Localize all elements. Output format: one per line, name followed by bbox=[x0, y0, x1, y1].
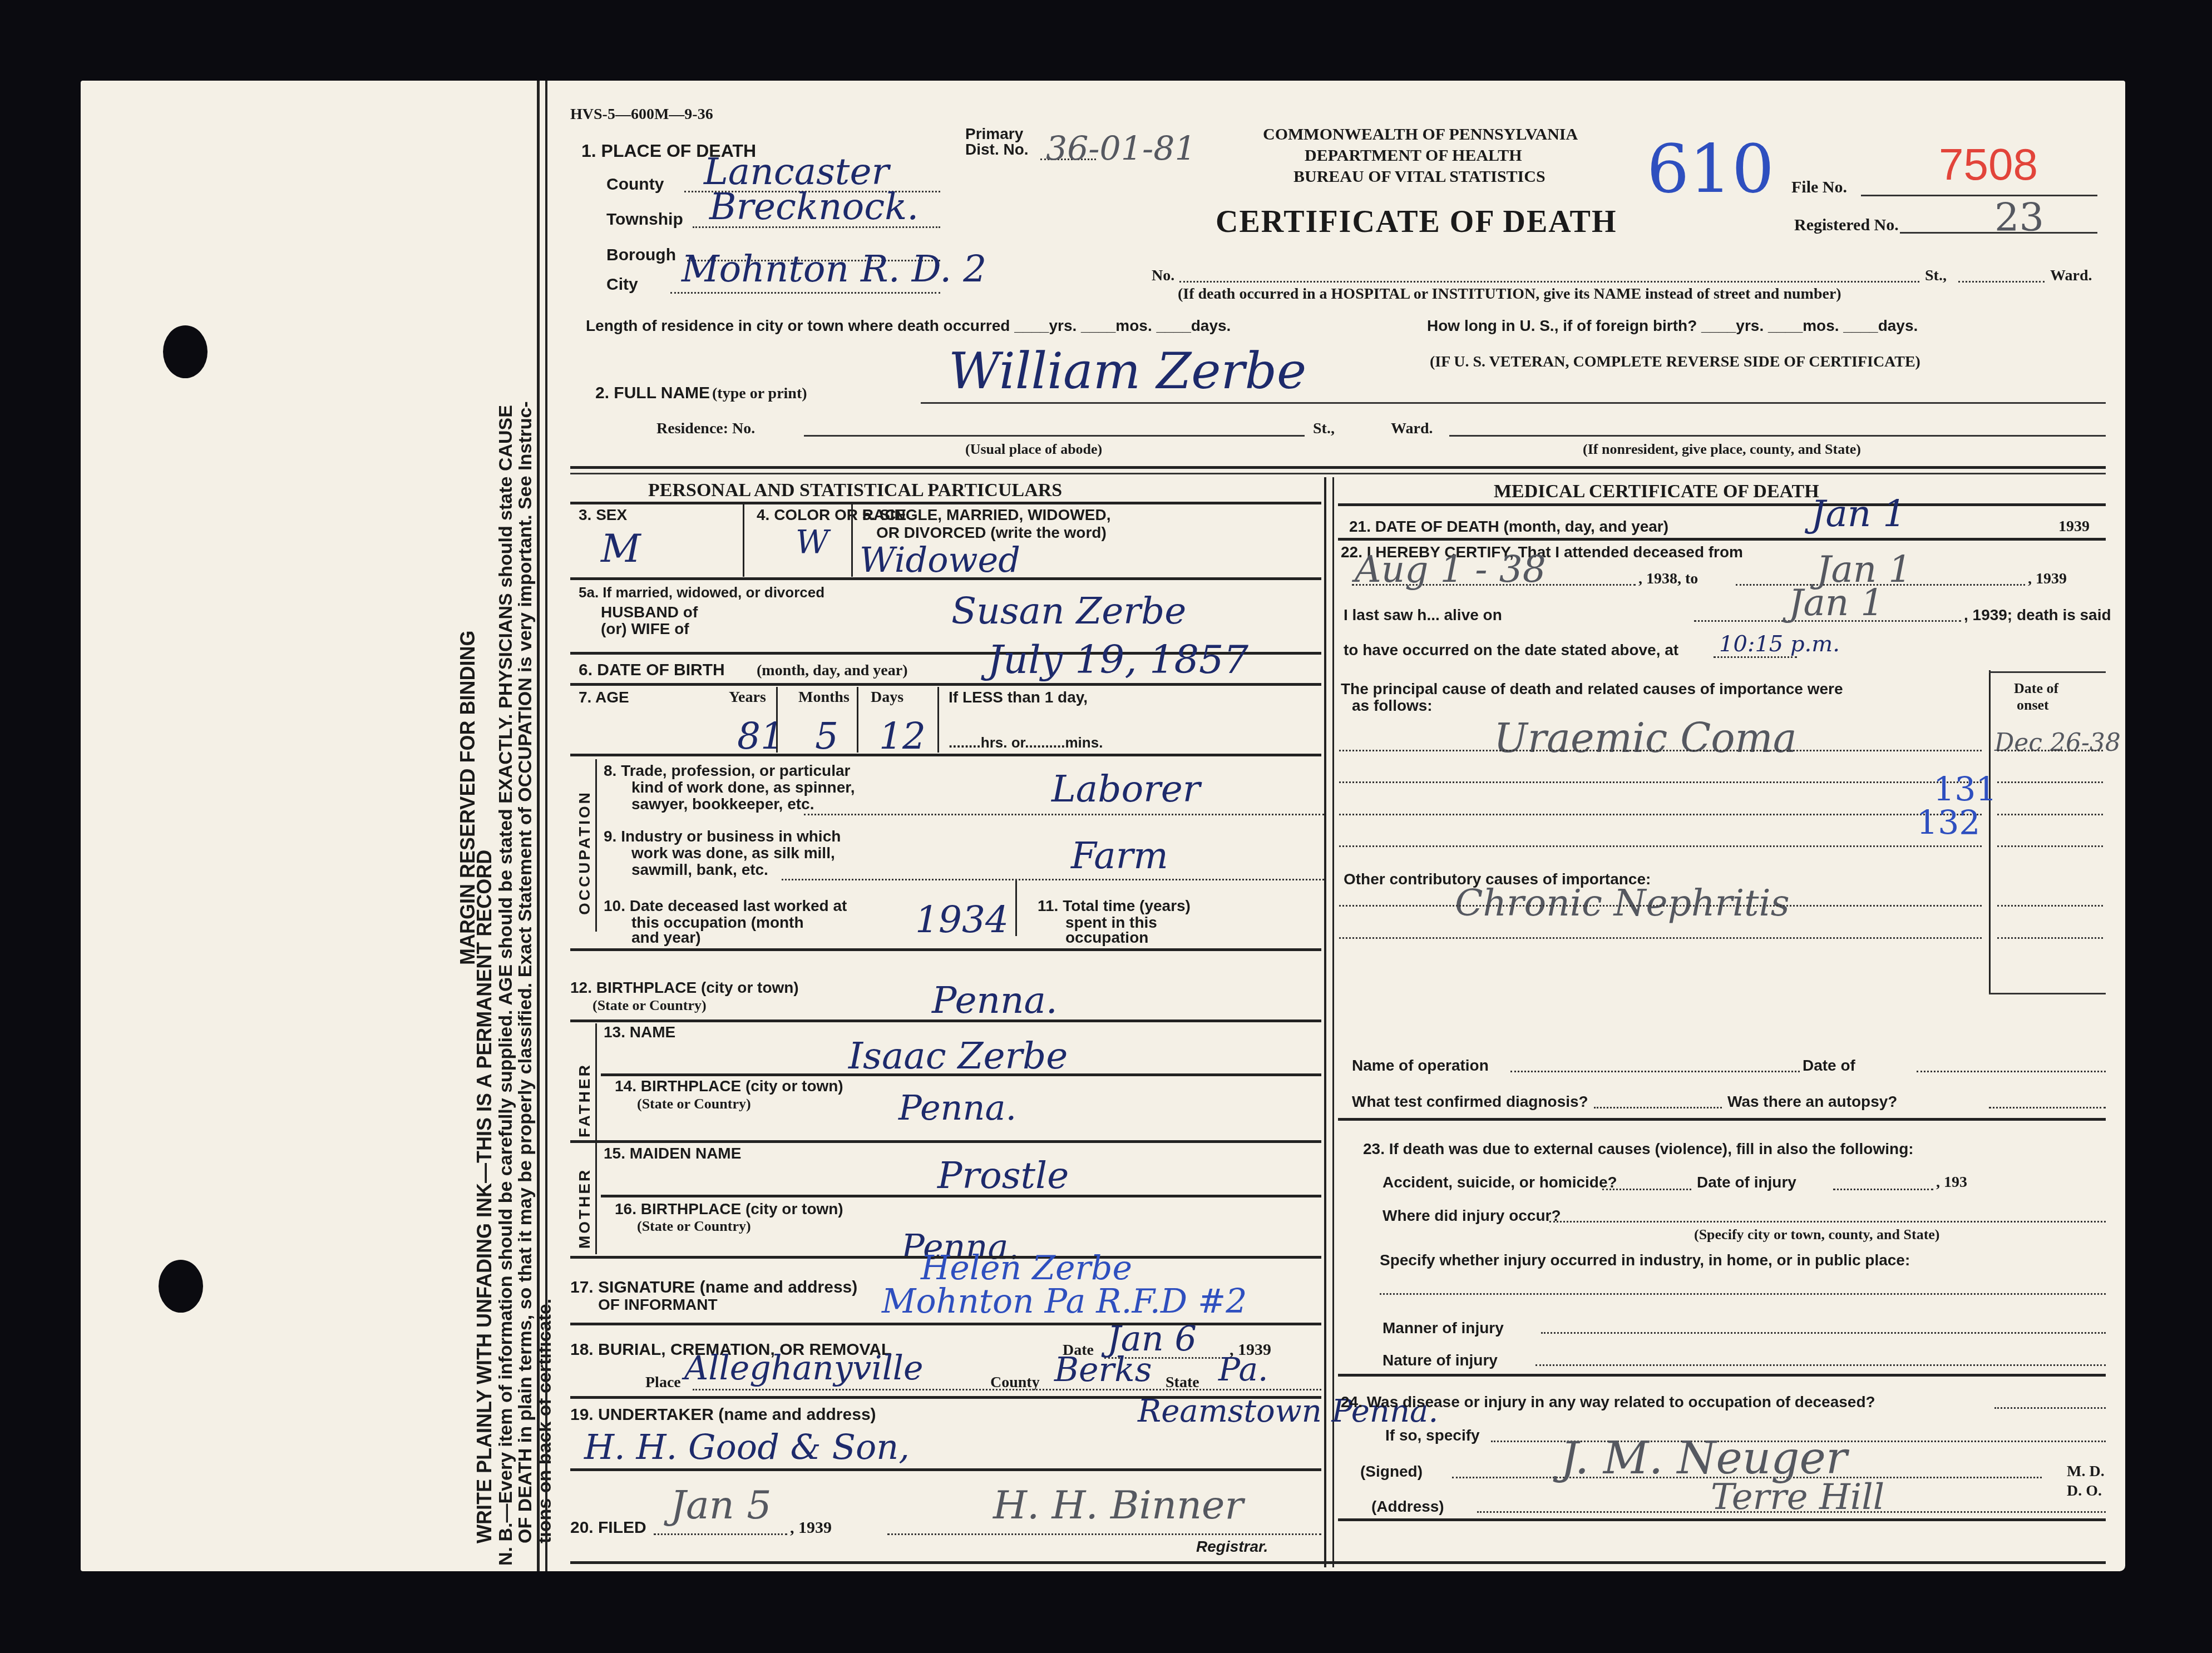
dob-sub: (month, day, and year) bbox=[757, 662, 907, 680]
occurred-label: to have occurred on the date stated abov… bbox=[1344, 641, 1678, 659]
other-line bbox=[1339, 937, 1982, 939]
hrs-mins-label: ........hrs. or..........mins. bbox=[949, 734, 1103, 751]
full-name-value: William Zerbe bbox=[949, 342, 1306, 400]
total-time-label: 11. Total time (years) bbox=[1038, 897, 1191, 915]
father-name-value: Isaac Zerbe bbox=[848, 1035, 1068, 1077]
mother-birthplace-label-2: (State or Country) bbox=[637, 1218, 751, 1235]
occupation-related-line bbox=[1994, 1407, 2106, 1409]
registrar-signature: H. H. Binner bbox=[993, 1482, 1243, 1528]
last-saw-value: Jan 1 bbox=[1789, 581, 1884, 624]
burial-state-value: Pa. bbox=[1218, 1350, 1268, 1388]
date-of-death-year: 1939 bbox=[2058, 518, 2090, 536]
cause-line bbox=[1339, 814, 1982, 815]
operation-label: Name of operation bbox=[1352, 1057, 1489, 1075]
full-name-sub: (type or print) bbox=[712, 385, 807, 403]
total-time-label-3: occupation bbox=[1065, 929, 1148, 947]
rule bbox=[570, 1468, 1321, 1471]
mother-birthplace-label: 16. BIRTHPLACE (city or town) bbox=[615, 1200, 843, 1218]
rule bbox=[1338, 538, 2106, 541]
rule bbox=[570, 754, 1321, 756]
bottom-rule bbox=[570, 1561, 2106, 1564]
last-worked-label: 10. Date deceased last worked at bbox=[604, 897, 847, 915]
industry-label: 9. Industry or business in which bbox=[604, 828, 841, 845]
full-name-label: 2. FULL NAME bbox=[595, 384, 710, 403]
test-label: What test confirmed diagnosis? bbox=[1352, 1093, 1588, 1111]
spouse-label-2: HUSBAND of bbox=[601, 603, 698, 621]
external-causes-label: 23. If death was due to external causes … bbox=[1363, 1140, 1914, 1158]
street-no-label: No. bbox=[1152, 267, 1174, 285]
months-label: Months bbox=[798, 689, 850, 706]
veteran-note: (IF U. S. VETERAN, COMPLETE REVERSE SIDE… bbox=[1430, 353, 1920, 371]
injury-date-label: Date of injury bbox=[1697, 1174, 1796, 1191]
rule bbox=[570, 1019, 1321, 1022]
rule bbox=[1338, 503, 2106, 506]
registrar-line bbox=[887, 1533, 1321, 1535]
city-value: Mohnton R. D. 2 bbox=[682, 248, 986, 290]
do-label: D. O. bbox=[2067, 1482, 2102, 1500]
dob-label: 6. DATE OF BIRTH bbox=[579, 661, 725, 680]
ward-line bbox=[1958, 281, 2045, 283]
rule bbox=[1338, 1374, 2106, 1377]
binding-rule bbox=[537, 81, 540, 1571]
sex-value: M bbox=[601, 526, 641, 571]
personal-heading: PERSONAL AND STATISTICAL PARTICULARS bbox=[648, 480, 1062, 501]
borough-label: Borough bbox=[606, 246, 676, 265]
dist-no-value: 36-01-81 bbox=[1046, 130, 1196, 169]
accident-line bbox=[1602, 1189, 1691, 1190]
rule bbox=[570, 502, 1321, 504]
father-birthplace-value: Penna. bbox=[898, 1087, 1016, 1128]
residence-line bbox=[804, 435, 1305, 437]
father-side-label: FATHER bbox=[576, 1063, 594, 1137]
where-injury-label: Where did injury occur? bbox=[1382, 1207, 1561, 1225]
dob-value: July 19, 1857 bbox=[988, 637, 1248, 682]
county-label: County bbox=[606, 175, 664, 194]
rule bbox=[1338, 1518, 2106, 1521]
burial-county-value: Berks bbox=[1054, 1350, 1152, 1389]
burial-place-line bbox=[693, 1389, 1321, 1390]
cause-code-2: 132 bbox=[1917, 804, 1981, 843]
medical-heading: MEDICAL CERTIFICATE OF DEATH bbox=[1494, 481, 1819, 502]
occupation-bracket bbox=[595, 759, 597, 932]
informant-label: 17. SIGNATURE (name and address) bbox=[570, 1278, 857, 1297]
ward-label: Ward. bbox=[2050, 267, 2092, 285]
rule bbox=[601, 1073, 1321, 1076]
rule bbox=[1338, 1118, 2106, 1121]
maiden-name-label: 15. MAIDEN NAME bbox=[604, 1145, 741, 1162]
registered-no-value: 23 bbox=[1994, 195, 2044, 240]
age-months-value: 5 bbox=[815, 715, 838, 758]
time-of-death-value: 10:15 p.m. bbox=[1719, 631, 1840, 657]
where-injury-note: (Specify city or town, county, and State… bbox=[1694, 1226, 1940, 1243]
cell-divider bbox=[851, 504, 853, 577]
margin-nb-note-2: OF DEATH in plain terms, so that it may … bbox=[515, 401, 536, 1543]
father-birthplace-label-2: (State or Country) bbox=[637, 1096, 751, 1112]
manner-line bbox=[1541, 1332, 2106, 1334]
onset-line bbox=[1997, 905, 2103, 907]
trade-label: 8. Trade, profession, or particular bbox=[604, 762, 850, 780]
department-heading: DEPARTMENT OF HEALTH bbox=[1305, 146, 1522, 165]
last-saw-year: , 1939; death is said bbox=[1964, 606, 2111, 624]
residence-label: Residence: No. bbox=[656, 420, 755, 438]
cell-divider bbox=[1015, 880, 1017, 936]
onset-line bbox=[1997, 937, 2103, 939]
operation-date-line bbox=[1917, 1071, 2106, 1072]
operation-date-label: Date of bbox=[1803, 1057, 1855, 1075]
file-no-label: File No. bbox=[1791, 178, 1847, 197]
informant-address-value: Mohnton Pa R.F.D #2 bbox=[882, 1282, 1247, 1321]
race-value: W bbox=[796, 523, 829, 561]
primary-cause-value: Uraemic Coma bbox=[1494, 715, 1797, 761]
date-of-death-value: Jan 1 bbox=[1811, 492, 1906, 535]
other-line bbox=[1339, 905, 1982, 907]
onset-bottom-rule bbox=[1989, 993, 2106, 994]
registered-no-label: Registered No. bbox=[1794, 216, 1899, 235]
residence-ward-line bbox=[1449, 435, 2106, 437]
trade-label-2: kind of work done, as spinner, bbox=[631, 779, 855, 796]
dist-no-label: Dist. No. bbox=[965, 141, 1029, 159]
onset-line bbox=[1997, 845, 2103, 847]
rule bbox=[570, 1323, 1321, 1325]
nature-label: Nature of injury bbox=[1382, 1352, 1498, 1369]
rule bbox=[601, 1195, 1321, 1197]
binding-rule bbox=[545, 81, 547, 1571]
residence-ward-label: Ward. bbox=[1391, 420, 1433, 438]
nature-line bbox=[1535, 1364, 2106, 1366]
spouse-value: Susan Zerbe bbox=[951, 590, 1186, 632]
manner-label: Manner of injury bbox=[1382, 1319, 1504, 1337]
injury-date-line bbox=[1833, 1189, 1933, 1190]
onset-label: Date of bbox=[2014, 680, 2058, 697]
attended-from-value: Aug 1 - 38 bbox=[1355, 548, 1546, 591]
filed-label: 20. FILED bbox=[570, 1518, 646, 1537]
physician-address-value: Terre Hill bbox=[1711, 1477, 1884, 1518]
bureau-heading: BUREAU OF VITAL STATISTICS bbox=[1293, 167, 1546, 186]
cause-label-2: as follows: bbox=[1352, 697, 1433, 715]
punch-hole bbox=[159, 1260, 203, 1313]
commonwealth-heading: COMMONWEALTH OF PENNSYLVANIA bbox=[1263, 125, 1578, 144]
test-line bbox=[1594, 1107, 1722, 1108]
onset-line bbox=[1997, 814, 2103, 815]
injury-year-label: , 193 bbox=[1936, 1174, 1967, 1191]
marital-value: Widowed bbox=[860, 540, 1020, 580]
pencil-number: 610 bbox=[1647, 131, 1774, 208]
age-years-value: 81 bbox=[737, 715, 784, 758]
city-line bbox=[670, 292, 940, 294]
cause-line bbox=[1339, 845, 1982, 847]
trade-value: Laborer bbox=[1051, 768, 1200, 810]
abode-note: (Usual place of abode) bbox=[965, 441, 1102, 458]
margin-ink-note: WRITE PLAINLY WITH UNFADING INK—THIS IS … bbox=[473, 850, 496, 1543]
mother-side-label: MOTHER bbox=[576, 1168, 594, 1249]
autopsy-label: Was there an autopsy? bbox=[1727, 1093, 1897, 1111]
if-so-label: If so, specify bbox=[1385, 1427, 1480, 1444]
specify-place-line bbox=[1380, 1293, 2106, 1295]
date-of-death-label: 21. DATE OF DEATH (month, day, and year) bbox=[1349, 518, 1668, 536]
section-rule bbox=[570, 473, 2106, 474]
foreign-birth-label: How long in U. S., if of foreign birth? … bbox=[1427, 317, 1918, 335]
onset-line bbox=[1997, 750, 2103, 751]
less-than-day-label: If LESS than 1 day, bbox=[949, 689, 1088, 706]
rule bbox=[570, 683, 1321, 686]
undertaker-label: 19. UNDERTAKER (name and address) bbox=[570, 1405, 876, 1424]
autopsy-line bbox=[1989, 1107, 2106, 1108]
rule bbox=[570, 577, 1321, 580]
attended-to-year: , 1939 bbox=[2028, 570, 2067, 588]
days-label: Days bbox=[871, 689, 903, 706]
informant-label-2: OF INFORMANT bbox=[598, 1296, 718, 1314]
specify-place-label: Specify whether injury occurred in indus… bbox=[1380, 1251, 1910, 1269]
trade-label-3: sawyer, bookkeeper, etc. bbox=[631, 795, 814, 813]
birthplace-value: Penna. bbox=[932, 979, 1058, 1022]
industry-label-2: work was done, as silk mill, bbox=[631, 844, 835, 862]
father-birthplace-label: 14. BIRTHPLACE (city or town) bbox=[615, 1077, 843, 1095]
years-label: Years bbox=[729, 689, 766, 706]
section-rule bbox=[570, 466, 2106, 469]
onset-date-value: Dec 26-38 bbox=[1994, 729, 2121, 757]
trade-line bbox=[804, 814, 1324, 815]
undertaker-name-value: H. H. Good & Son, bbox=[584, 1427, 910, 1467]
mother-bracket bbox=[595, 1143, 597, 1254]
age-label: 7. AGE bbox=[579, 689, 629, 706]
spouse-label: 5a. If married, widowed, or divorced bbox=[579, 584, 824, 601]
form-code: HVS-5—600M—9-36 bbox=[570, 106, 713, 123]
full-name-line bbox=[921, 402, 2106, 404]
onset-label-2: onset bbox=[2017, 697, 2049, 714]
punch-hole bbox=[163, 325, 208, 378]
street-st-label: St., bbox=[1925, 267, 1947, 285]
street-no-line bbox=[1179, 281, 1919, 283]
city-label: City bbox=[606, 275, 638, 294]
page-title: CERTIFICATE OF DEATH bbox=[1216, 204, 1617, 240]
cause-label: The principal cause of death and related… bbox=[1341, 680, 1843, 698]
father-bracket bbox=[595, 1023, 597, 1140]
burial-place-value: Alleghanyville bbox=[684, 1349, 924, 1388]
hospital-note: (If death occurred in a HOSPITAL or INST… bbox=[1178, 285, 1841, 303]
filed-year-label: , 1939 bbox=[790, 1518, 832, 1537]
rule bbox=[570, 948, 1321, 951]
cause-line bbox=[1339, 750, 1982, 751]
signed-label: (Signed) bbox=[1360, 1463, 1423, 1481]
occupation-related-label: 24. Was disease or injury in any way rel… bbox=[1341, 1393, 1875, 1411]
cell-divider bbox=[743, 504, 744, 577]
operation-line bbox=[1510, 1071, 1800, 1072]
where-injury-line bbox=[1549, 1221, 2106, 1223]
margin-nb-note: N. B.—Every item of information should b… bbox=[495, 405, 517, 1566]
occupation-side-label: OCCUPATION bbox=[576, 790, 594, 915]
burial-place-label: Place bbox=[645, 1374, 681, 1392]
father-name-label: 13. NAME bbox=[604, 1023, 675, 1041]
registrar-label: Registrar. bbox=[1196, 1538, 1268, 1556]
file-no-line bbox=[1861, 195, 2097, 196]
physician-address-label: (Address) bbox=[1371, 1498, 1444, 1516]
industry-value: Farm bbox=[1071, 834, 1168, 877]
township-label: Township bbox=[606, 210, 683, 229]
industry-label-3: sawmill, bank, etc. bbox=[631, 861, 768, 879]
cause-line bbox=[1339, 781, 1982, 783]
attended-from-year: , 1938, to bbox=[1638, 570, 1698, 588]
accident-label: Accident, suicide, or homicide? bbox=[1382, 1174, 1617, 1191]
filed-date-line bbox=[654, 1533, 787, 1535]
onset-line bbox=[1997, 781, 2103, 783]
residence-length-label: Length of residence in city or town wher… bbox=[586, 317, 1231, 335]
file-no-value: 7508 bbox=[1939, 139, 2038, 190]
nonresident-note: (If nonresident, give place, county, and… bbox=[1583, 441, 1861, 458]
residence-st-label: St., bbox=[1313, 420, 1335, 438]
cell-divider bbox=[857, 687, 858, 753]
onset-top-rule bbox=[1989, 671, 2106, 673]
birthplace-label-2: (State or Country) bbox=[592, 997, 707, 1014]
last-worked-label-3: and year) bbox=[631, 929, 701, 947]
birthplace-label: 12. BIRTHPLACE (city or town) bbox=[570, 979, 799, 997]
marital-label: 5. SINGLE, MARRIED, WIDOWED, bbox=[862, 506, 1110, 524]
spouse-label-3: (or) WIFE of bbox=[601, 620, 689, 638]
sex-label: 3. SEX bbox=[579, 506, 627, 524]
md-label: M. D. bbox=[2067, 1463, 2105, 1481]
rule bbox=[570, 1140, 1321, 1143]
last-worked-value: 1934 bbox=[915, 898, 1009, 941]
onset-divider bbox=[1989, 670, 1991, 993]
filed-date-value: Jan 5 bbox=[670, 1482, 772, 1528]
other-causes-value: Chronic Nephritis bbox=[1455, 882, 1790, 924]
last-saw-label: I last saw h... alive on bbox=[1344, 606, 1502, 624]
death-certificate-page: MARGIN RESERVED FOR BINDING WRITE PLAINL… bbox=[81, 81, 2125, 1571]
maiden-name-value: Prostle bbox=[937, 1154, 1069, 1197]
industry-line bbox=[782, 879, 1324, 880]
cell-divider bbox=[937, 687, 939, 753]
age-days-value: 12 bbox=[879, 715, 926, 758]
township-value: Brecknock. bbox=[709, 185, 919, 228]
